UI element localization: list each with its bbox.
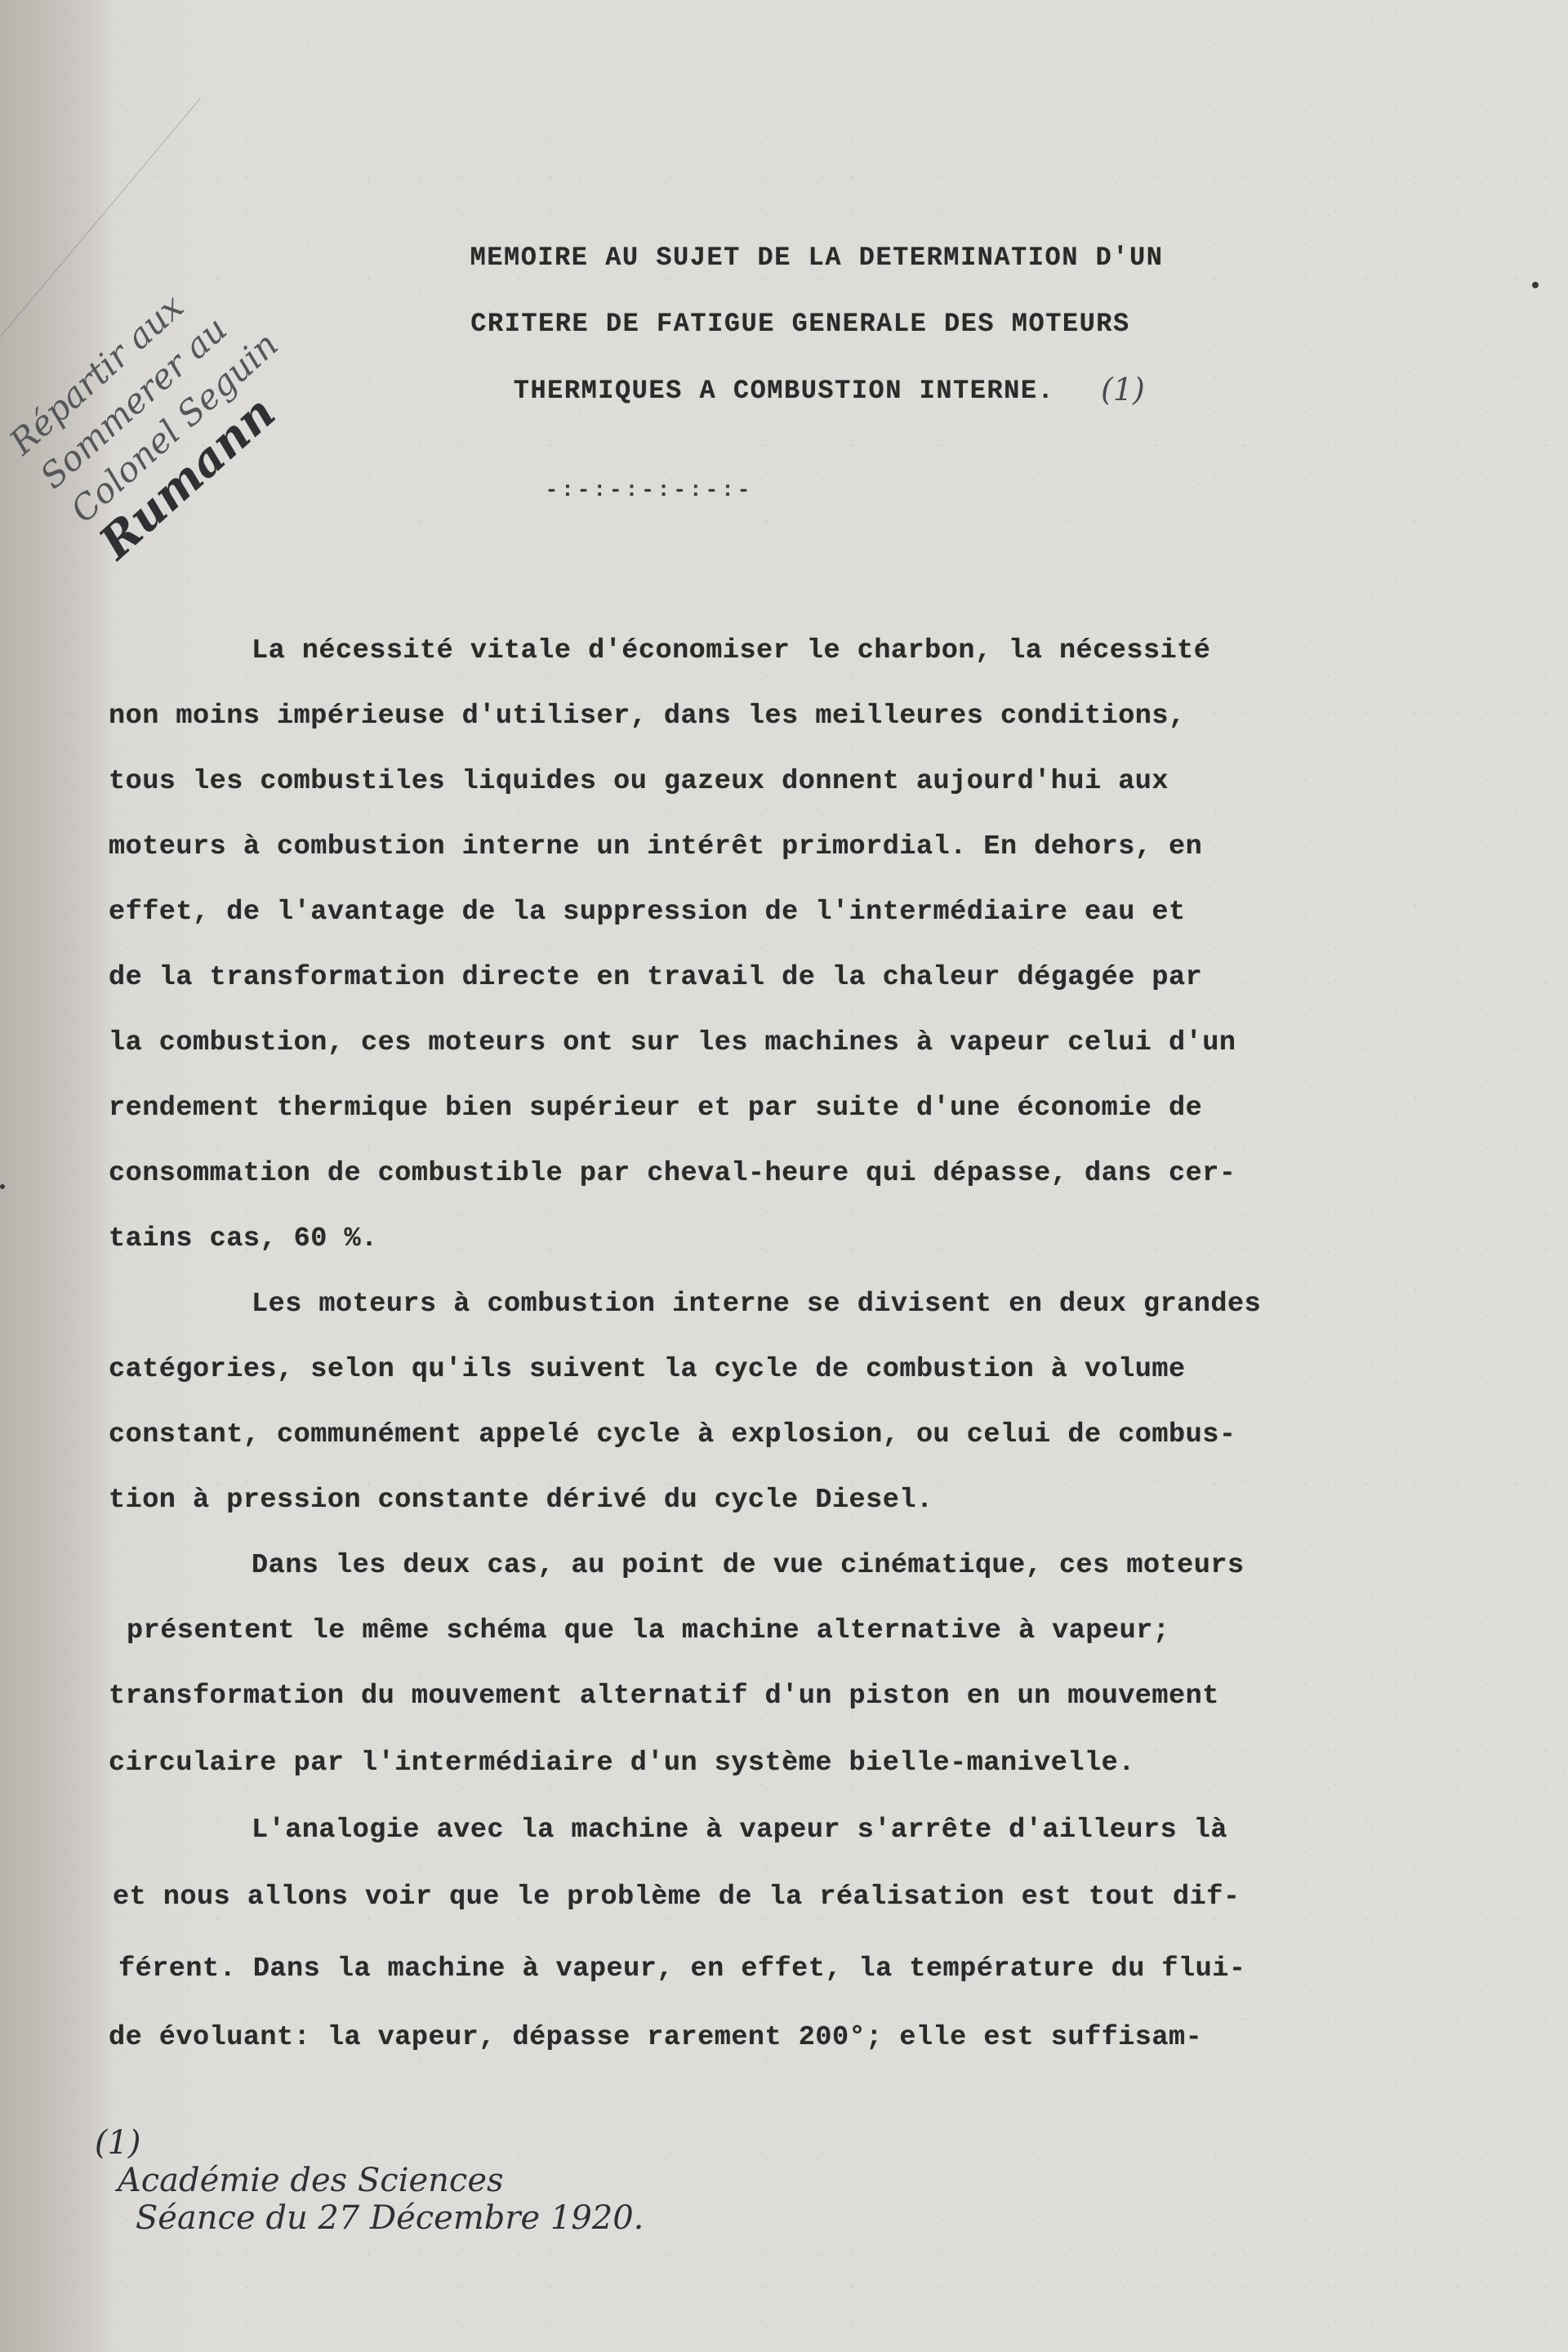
title-separator: -:-:-:-:-:-:-	[0, 478, 1298, 502]
title-line-2: CRITERE DE FATIGUE GENERALE DES MOTEURS	[0, 309, 1568, 339]
text-line: de évoluant: la vapeur, dépasse rarement…	[109, 2022, 1202, 2053]
text-line: catégories, selon qu'ils suivent la cycl…	[109, 1354, 1186, 1385]
ink-speck	[1532, 282, 1539, 288]
text-line: présentent le même schéma que la machine…	[127, 1615, 1169, 1646]
footnote-marker: (1)	[95, 2124, 141, 2162]
title-footnote-marker: (1)	[1101, 372, 1145, 408]
text-line: effet, de l'avantage de la suppression d…	[109, 897, 1186, 928]
text-line: non moins impérieuse d'utiliser, dans le…	[109, 701, 1186, 732]
text-line: tous les combustiles liquides ou gazeux …	[109, 766, 1169, 797]
text-line: et nous allons voir que le problème de l…	[113, 1882, 1240, 1913]
text-line: tains cas, 60 %.	[109, 1223, 378, 1254]
text-line: rendement thermique bien supérieur et pa…	[109, 1093, 1202, 1124]
text-line: Les moteurs à combustion interne se divi…	[252, 1289, 1261, 1320]
text-line: férent. Dans la machine à vapeur, en eff…	[118, 1953, 1245, 1984]
text-line: la combustion, ces moteurs ont sur les m…	[109, 1027, 1236, 1058]
text-line: moteurs à combustion interne un intérêt …	[109, 831, 1202, 862]
footnote-date: Séance du 27 Décembre 1920.	[136, 2199, 644, 2237]
text-line: constant, communément appelé cycle à exp…	[109, 1419, 1236, 1450]
text-line: tion à pression constante dérivé du cycl…	[109, 1485, 933, 1516]
text-line: consommation de combustible par cheval-h…	[109, 1158, 1236, 1189]
handwritten-footnote: (1) Académie des Sciences Séance du 27 D…	[53, 2087, 644, 2274]
ink-speck	[0, 1184, 5, 1189]
text-line: de la transformation directe en travail …	[109, 962, 1202, 993]
text-line: Dans les deux cas, au point de vue ciném…	[252, 1550, 1245, 1581]
text-line: L'analogie avec la machine à vapeur s'ar…	[252, 1815, 1227, 1846]
text-line: circulaire par l'intermédiaire d'un syst…	[109, 1748, 1135, 1779]
text-line: La nécessité vitale d'économiser le char…	[252, 635, 1210, 666]
text-line: transformation du mouvement alternatif d…	[109, 1681, 1219, 1712]
title-line-3: THERMIQUES A COMBUSTION INTERNE.	[0, 376, 1568, 406]
document-page: Répartir aux Sommerer au Colonel Seguin …	[0, 0, 1568, 2352]
footnote-source: Académie des Sciences	[118, 2162, 504, 2199]
title-line-1: MEMOIRE AU SUJET DE LA DETERMINATION D'U…	[0, 243, 1568, 273]
